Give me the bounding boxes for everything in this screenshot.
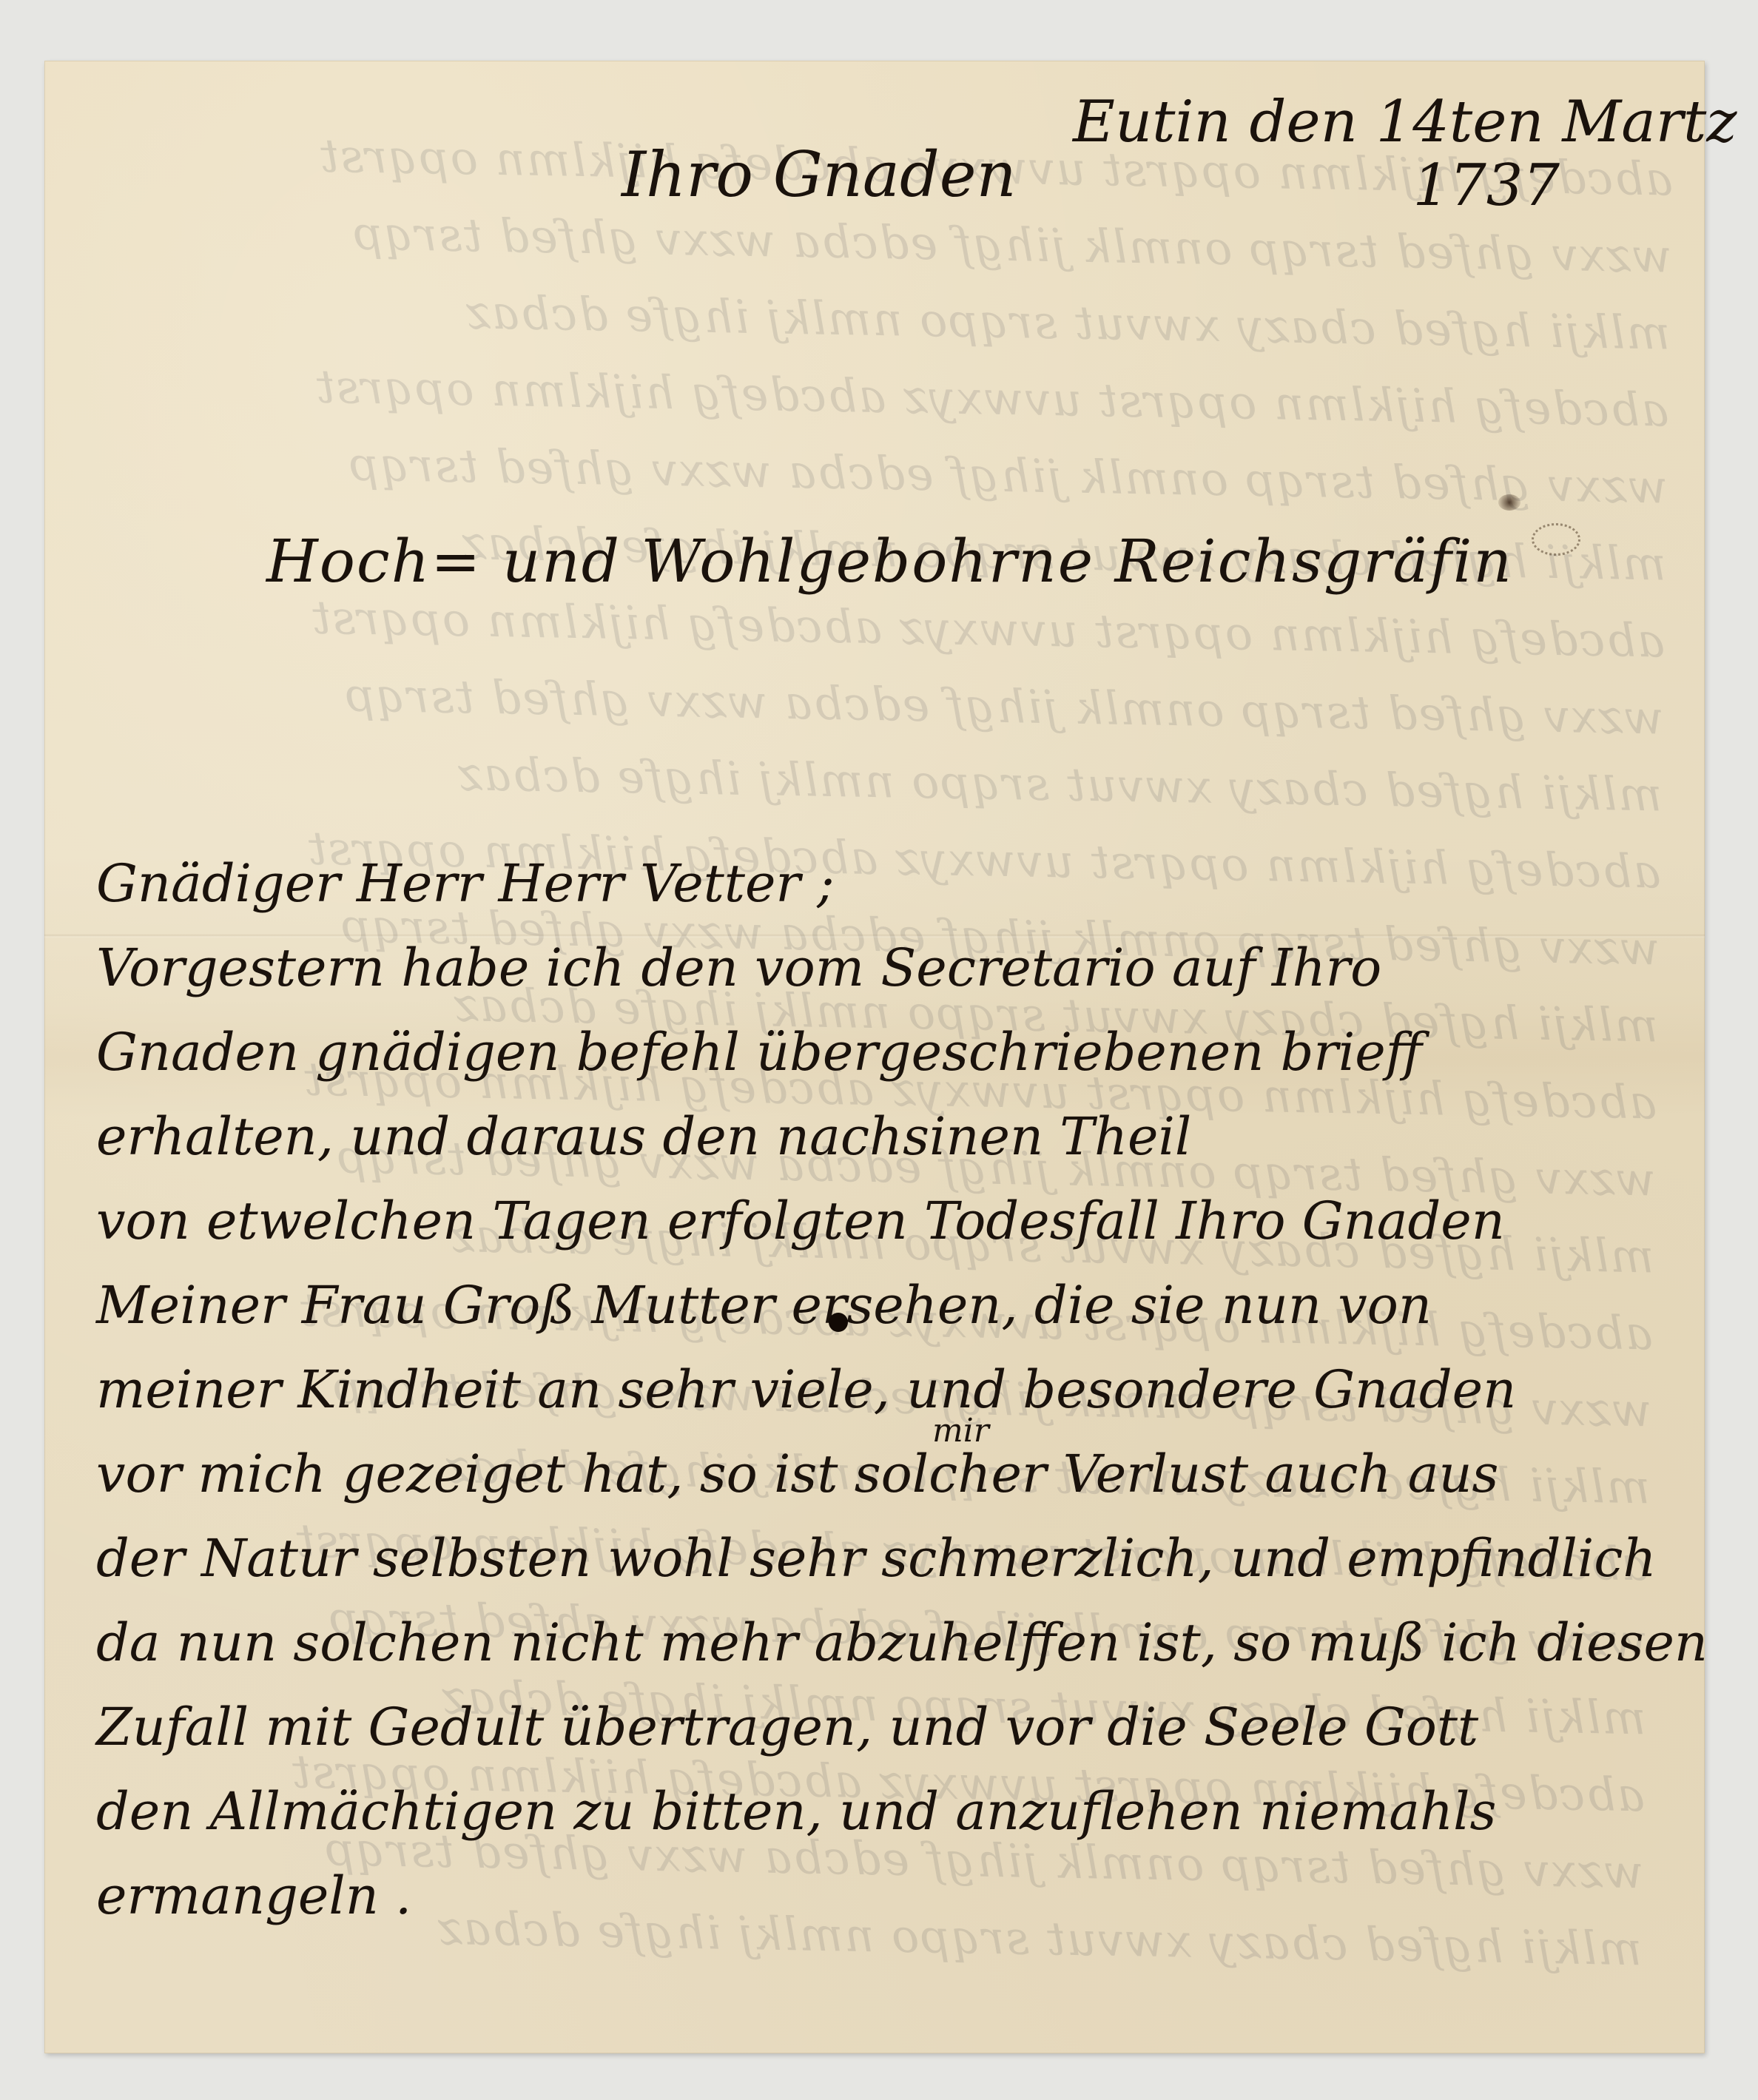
address-line: Ihro Gnaden: [622, 138, 1017, 211]
body-line-text: vor mich gezeiget hat, so ist solcher Ve…: [96, 1444, 1498, 1504]
body-line: Vorgestern habe ich den vom Secretario a…: [96, 926, 1680, 1010]
body-line: Meiner Frau Groß Mutter ersehen, die sie…: [96, 1263, 1680, 1347]
interlinear-insertion: mir: [932, 1389, 989, 1473]
letter-body: Gnädiger Herr Herr Vetter ; Vorgestern h…: [96, 841, 1680, 1938]
place-date-line-1: Eutin den 14ten Martz: [1073, 89, 1737, 155]
letter-page: abcdefg hijklmn opqrst uvwxyz abcdefg hi…: [44, 61, 1705, 2053]
body-line: Gnädiger Herr Herr Vetter ;: [96, 841, 1680, 926]
body-line: da nun solchen nicht mehr abzuhelffen is…: [96, 1601, 1680, 1685]
body-line: Zufall mit Gedult übertragen, und vor di…: [96, 1685, 1680, 1769]
body-line: von etwelchen Tagen erfolgten Todesfall …: [96, 1179, 1680, 1263]
ink-blot: [1498, 494, 1520, 511]
faded-ink-mark: [1532, 523, 1580, 556]
body-line: den Allmächtigen zu bitten, und anzufleh…: [96, 1769, 1680, 1854]
salutation-title: Hoch= und Wohlgebohrne Reichsgräfin: [266, 527, 1513, 596]
body-line: Gnaden gnädigen befehl übergeschriebenen…: [96, 1010, 1680, 1094]
place-date: Eutin den 14ten Martz 1737: [1073, 90, 1737, 218]
body-line: erhalten, und daraus den nachsinen Theil: [96, 1094, 1680, 1179]
year: 1737: [1073, 154, 1737, 218]
ink-spot: [829, 1313, 848, 1332]
body-line: der Natur selbsten wohl sehr schmerzlich…: [96, 1516, 1680, 1601]
body-line-with-insertion: mir vor mich gezeiget hat, so ist solche…: [96, 1432, 1680, 1516]
body-line: meiner Kindheit an sehr viele, und beson…: [96, 1347, 1680, 1432]
body-line: ermangeln .: [96, 1854, 1680, 1938]
